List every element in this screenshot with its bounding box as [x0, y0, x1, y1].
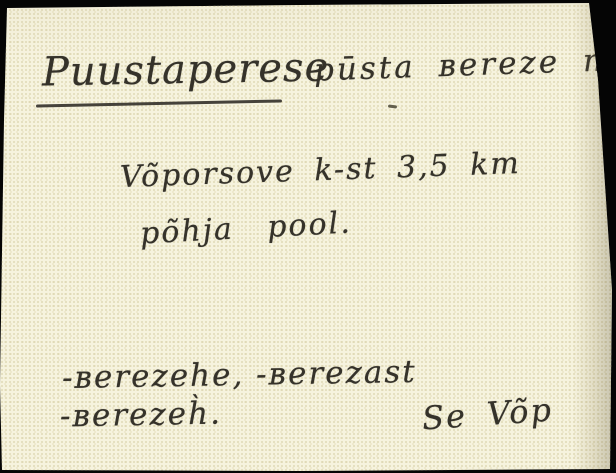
headword-underline [36, 99, 282, 107]
headword: Puustaperese [42, 47, 330, 92]
location-direction-note: põhja pool. [139, 208, 352, 249]
inflection-forms-line2: -ʙerezeh̀. [60, 399, 222, 433]
ink-speck [388, 104, 397, 108]
phonetic-annotation: pūsta ʙereze nit̀ [314, 44, 616, 86]
location-distance-note: Võporsove k-st 3,5 km [120, 149, 522, 193]
scan-background: Puustaperese pūsta ʙereze nit̀ Võporsove… [0, 0, 616, 473]
index-card: Puustaperese pūsta ʙereze nit̀ Võporsove… [0, 0, 616, 473]
source-abbreviation: Se Võp [421, 393, 554, 434]
inflection-forms-line1: -ʙerezehe, -ʙerezast [62, 357, 417, 394]
